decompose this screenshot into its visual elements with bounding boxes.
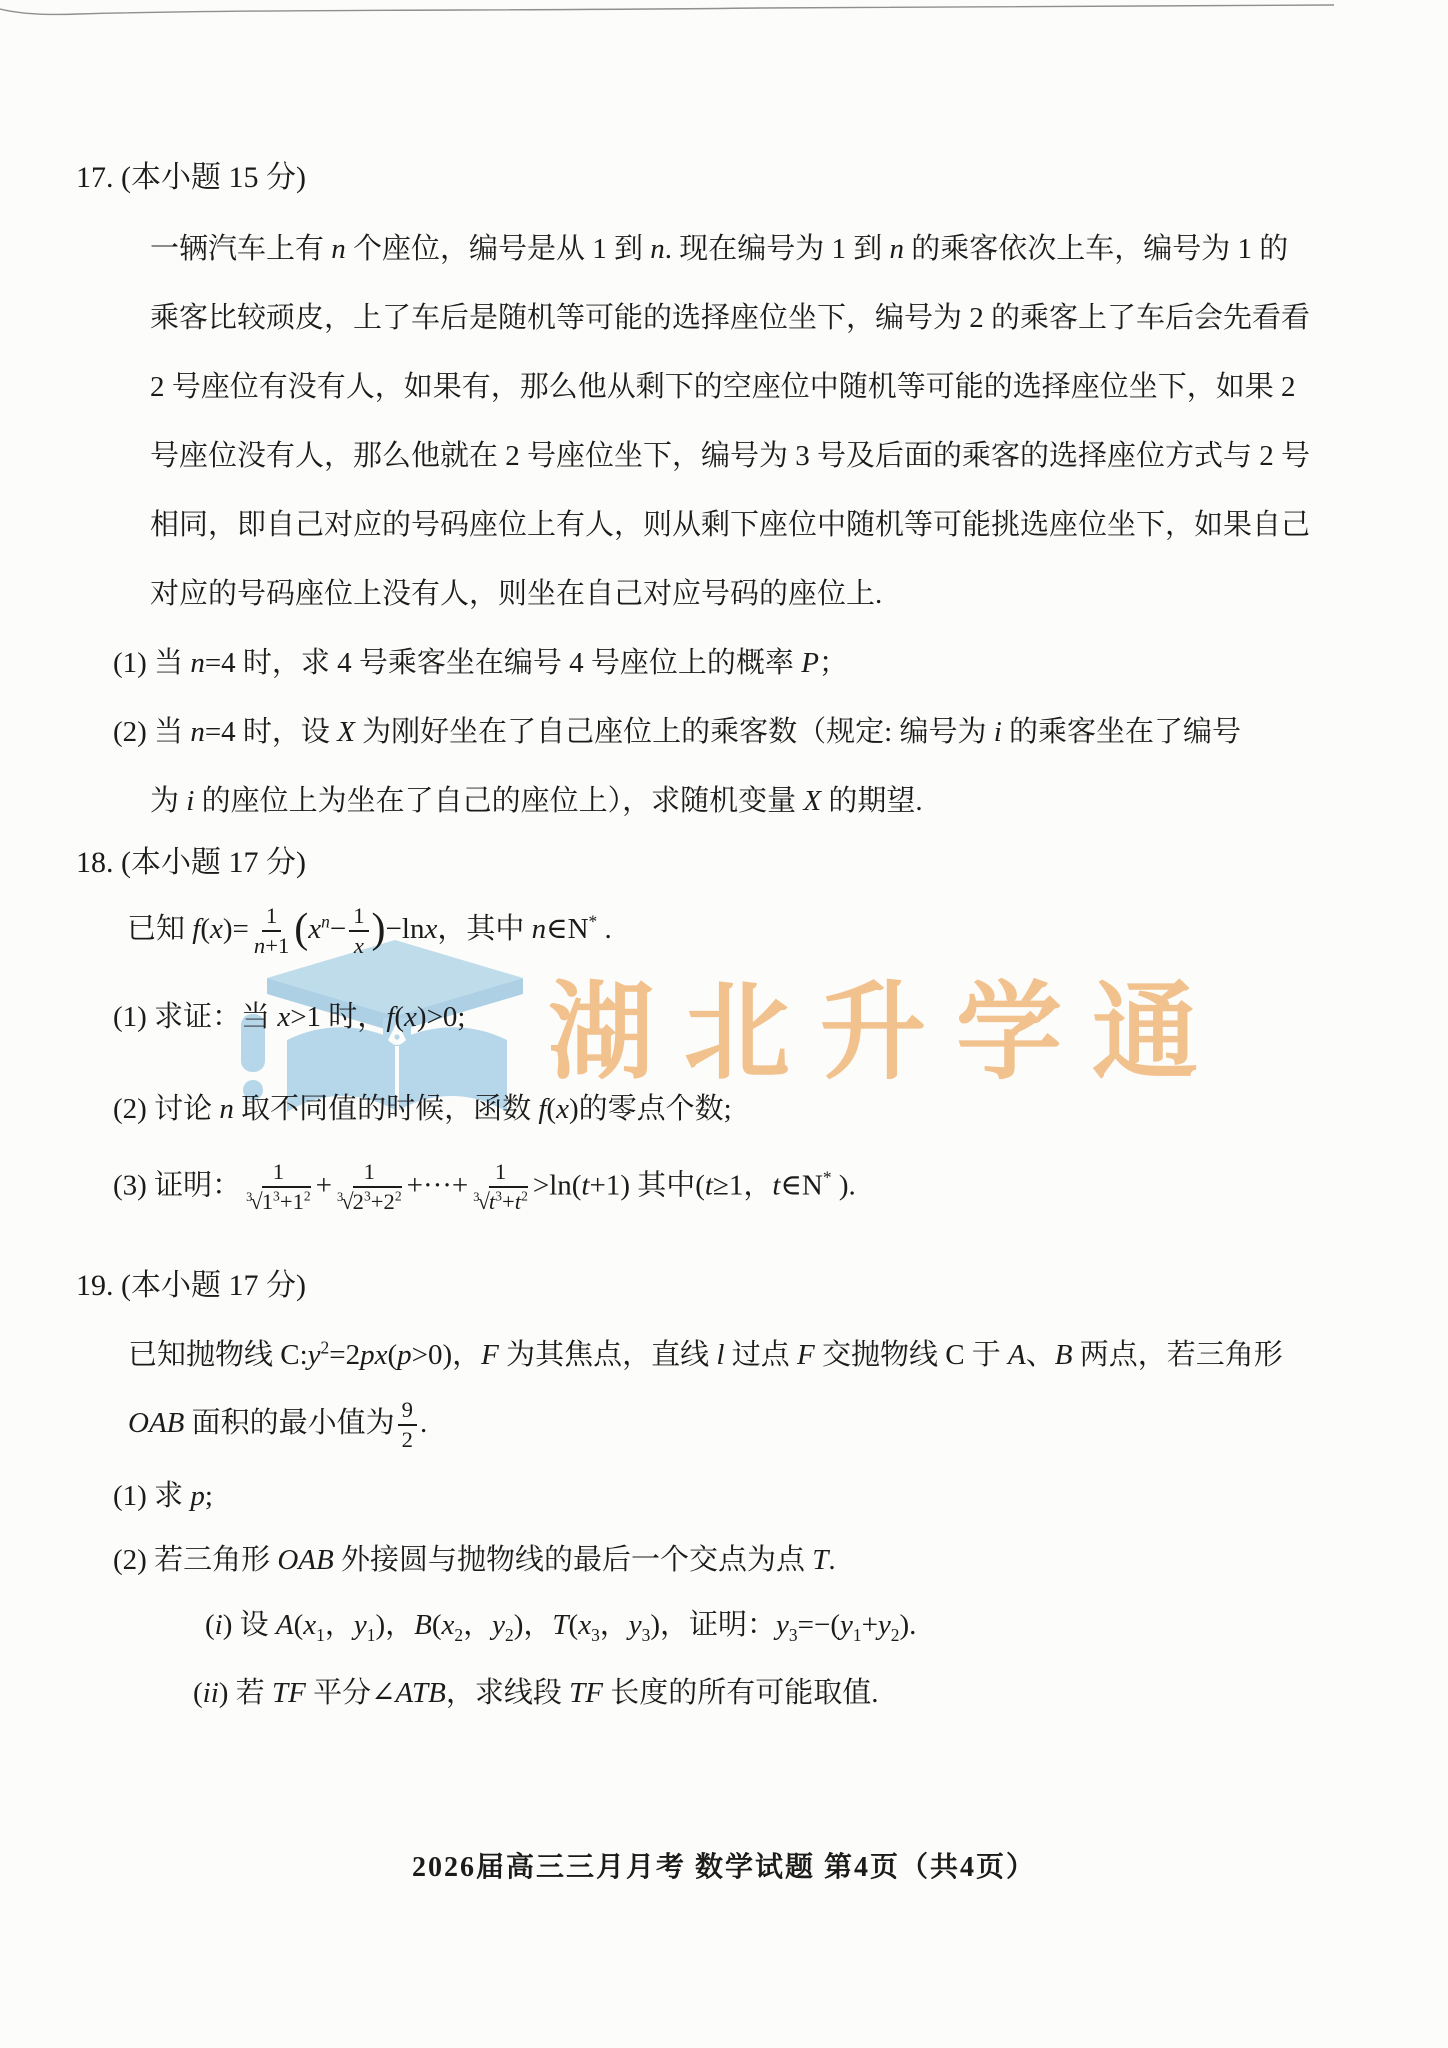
scan-line-artifact	[0, 0, 1448, 44]
page-footer: 2026届高三三月月考 数学试题 第4页（共4页）	[0, 1845, 1448, 1885]
problem-17-body-line-4: 号座位没有人，那么他就在 2 号座位坐下，编号为 3 号及后面的乘客的选择座位方…	[150, 437, 1310, 476]
problem-19-item-1: (1) 求 p;	[113, 1477, 213, 1516]
problem-17-item-1: (1) 当 n=4 时，求 4 号乘客坐在编号 4 号座位上的概率 P；	[113, 644, 848, 683]
problem-17-item-2-line-2: 为 i 的座位上为坐在了自己的座位上），求随机变量 X 的期望.	[150, 782, 923, 821]
problem-18-item-1: (1) 求证：当 x>1 时，f(x)>0;	[113, 998, 466, 1037]
exam-page: 湖北升学通 17. (本小题 15 分) 一辆汽车上有 n 个座位，编号是从 1…	[0, 0, 1448, 2048]
problem-17-body-line-6: 对应的号码座位上没有人，则坐在自己对应号码的座位上.	[150, 575, 882, 614]
problem-19-subitem-i: (i) 设 A(x1，y1)，B(x2，y2)，T(x3，y3)，证明：y3=−…	[205, 1606, 916, 1647]
problem-18-intro: 已知 f(x)=1n+1(xn−1x)−lnx，其中 n∈N* .	[127, 904, 612, 959]
problem-17-body-line-3: 2 号座位有没有人，如果有，那么他从剩下的空座位中随机等可能的选择座位坐下，如果…	[150, 368, 1296, 407]
problem-17-body-line-2: 乘客比较顽皮，上了车后是随机等可能的选择座位坐下，编号为 2 的乘客上了车后会先…	[150, 299, 1310, 338]
problem-19-item-2: (2) 若三角形 OAB 外接圆与抛物线的最后一个交点为点 T.	[113, 1541, 836, 1580]
problem-17-body-line-5: 相同，即自己对应的号码座位上有人，则从剩下座位中随机等可能挑选座位坐下，如果自己	[150, 506, 1310, 545]
problem-19-body-line-1: 已知抛物线 C:y2=2px(p>0)，F 为其焦点，直线 l 过点 F 交抛物…	[128, 1336, 1283, 1375]
problem-17-item-2-line-1: (2) 当 n=4 时，设 X 为刚好坐在了自己座位上的乘客数（规定: 编号为 …	[113, 713, 1241, 752]
page-content: 17. (本小题 15 分) 一辆汽车上有 n 个座位，编号是从 1 到 n. …	[0, 0, 1448, 2048]
problem-18-header: 18. (本小题 17 分)	[76, 843, 306, 884]
problem-19-header: 19. (本小题 17 分)	[76, 1266, 306, 1307]
problem-19-subitem-ii: (ii) 若 TF 平分∠ATB，求线段 TF 长度的所有可能取值.	[193, 1674, 878, 1713]
problem-17-body-line-1: 一辆汽车上有 n 个座位，编号是从 1 到 n. 现在编号为 1 到 n 的乘客…	[150, 230, 1288, 269]
problem-18-item-3: (3) 证明：13√13+12+13√23+22+···+13√t3+t2>ln…	[113, 1160, 856, 1215]
problem-17-header: 17. (本小题 15 分)	[76, 158, 306, 199]
problem-18-item-2: (2) 讨论 n 取不同值的时候，函数 f(x)的零点个数;	[113, 1090, 732, 1129]
problem-19-body-line-2: OAB 面积的最小值为92.	[128, 1398, 427, 1453]
